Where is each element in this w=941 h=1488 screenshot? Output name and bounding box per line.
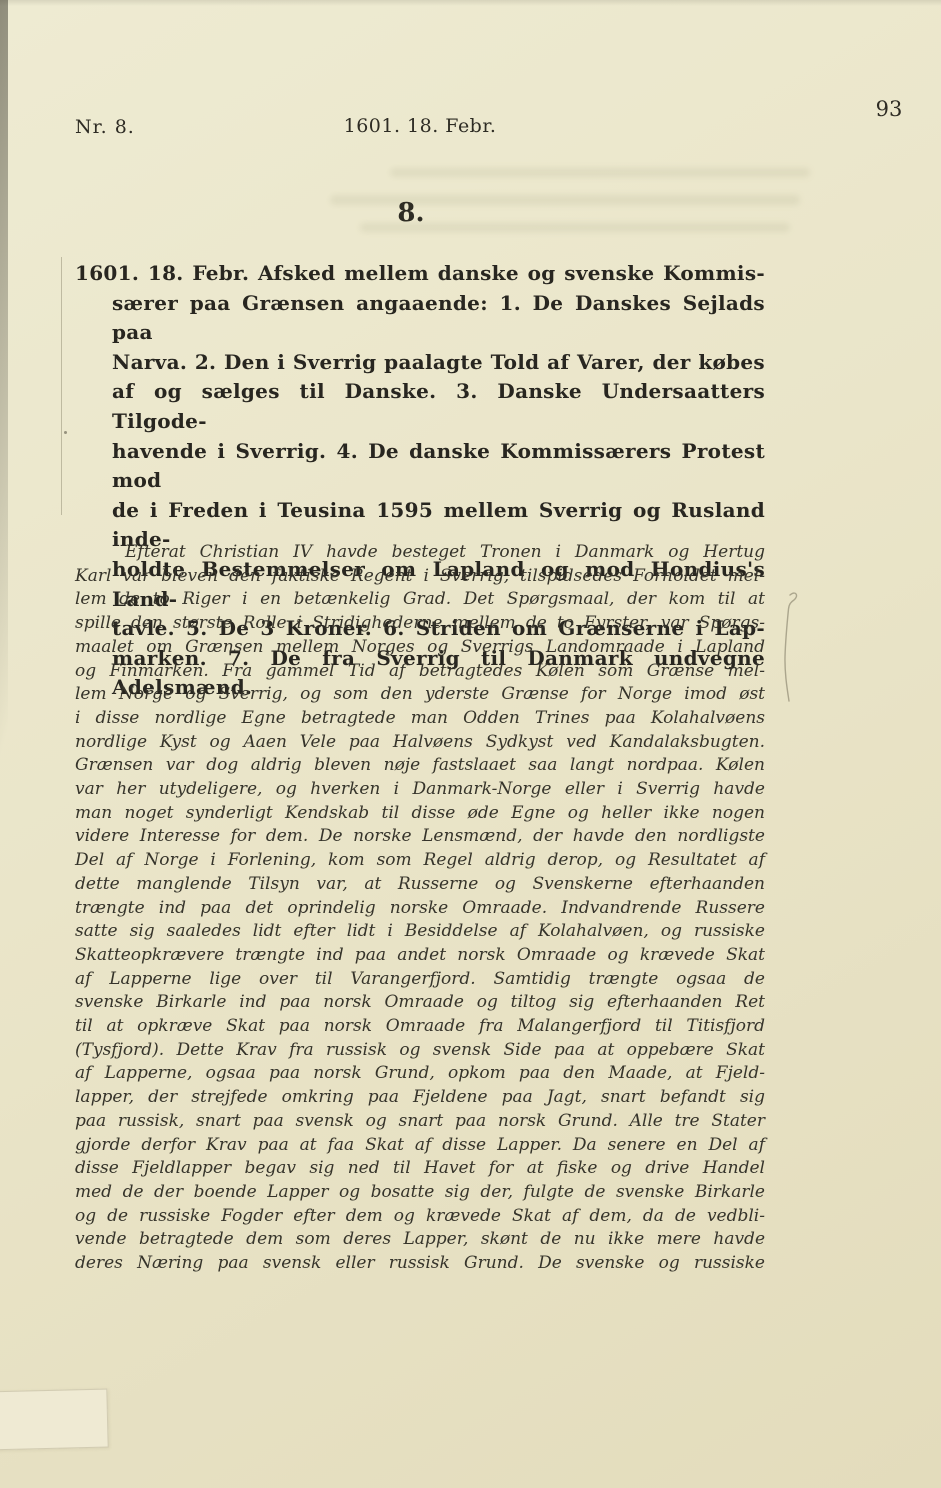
text-line: satte sig saaledes lidt efter lidt i Bes…	[75, 920, 765, 944]
text-line: til at opkræve Skat paa norsk Omraade fr…	[75, 1015, 765, 1039]
page-left-edge-shadow	[0, 0, 8, 863]
pencil-margin-stroke	[770, 583, 806, 711]
text-line: lem de to Riger i en betænkelig Grad. De…	[75, 588, 765, 612]
text-line: var her utydeligere, og hverken i Danmar…	[75, 778, 765, 802]
page-number: 93	[849, 97, 929, 121]
commentary-paragraph: Efterat Christian IV havde besteget Tron…	[75, 541, 765, 1276]
text-line: nordlige Kyst og Aaen Vele paa Halvøens …	[75, 731, 765, 755]
text-line: disse Fjeldlapper begav sig ned til Have…	[75, 1157, 765, 1181]
text-line: dette manglende Tilsyn var, at Russerne …	[75, 873, 765, 897]
running-head-date: 1601. 18. Febr.	[75, 115, 765, 137]
text-line: havende i Sverrig. 4. De danske Kommissæ…	[75, 437, 765, 496]
text-line: vende betragtede dem som deres Lapper, s…	[75, 1228, 765, 1252]
text-line: og Finmarken. Fra gammel Tid af betragte…	[75, 660, 765, 684]
ink-speck	[64, 431, 67, 434]
text-line: trængte ind paa det oprindelig norske Om…	[75, 897, 765, 921]
pencil-margin-line	[61, 257, 62, 515]
text-line: (Tysfjord). Dette Krav fra russisk og sv…	[75, 1039, 765, 1063]
text-line: særer paa Grænsen angaaende: 1. De Dansk…	[75, 289, 765, 348]
text-line: paa russisk, snart paa svensk og snart p…	[75, 1110, 765, 1134]
text-line: lem Norge og Sverrig, og som den yderste…	[75, 683, 765, 707]
text-line: af og sælges til Danske. 3. Danske Under…	[75, 377, 765, 436]
section-heading: 8.	[75, 198, 747, 228]
text-line: Del af Norge i Forlening, kom som Regel …	[75, 849, 765, 873]
text-line: Grænsen var dog aldrig bleven nøje fasts…	[75, 754, 765, 778]
text-line: 1601. 18. Febr. Afsked mellem danske og …	[75, 259, 765, 289]
text-line: Karl var bleven den faktiske Regent i Sv…	[75, 565, 765, 589]
tape-fragment	[0, 1389, 109, 1451]
text-line: man noget synderligt Kendskab til disse …	[75, 802, 765, 826]
text-line: lapper, der strejfede omkring paa Fjelde…	[75, 1086, 765, 1110]
text-line: med de der boende Lapper og bosatte sig …	[75, 1181, 765, 1205]
text-line: gjorde derfor Krav paa at faa Skat af di…	[75, 1134, 765, 1158]
text-line: Skatteopkrævere trængte ind paa andet no…	[75, 944, 765, 968]
book-page: { "colors": { "paper": "#e9e4c8", "ink":…	[0, 0, 941, 1488]
page-top-edge-shadow	[0, 0, 941, 6]
text-line: i disse nordlige Egne betragtede man Odd…	[75, 707, 765, 731]
text-line: deres Næring paa svensk eller russisk Gr…	[75, 1252, 765, 1276]
text-line: maalet om Grænsen mellem Norges og Sverr…	[75, 636, 765, 660]
text-line: Narva. 2. Den i Sverrig paalagte Told af…	[75, 348, 765, 378]
text-line: spille den største Rolle i Stridighedern…	[75, 612, 765, 636]
text-line: af Lapperne lige over til Varangerfjord.…	[75, 968, 765, 992]
text-line: svenske Birkarle ind paa norsk Omraade o…	[75, 991, 765, 1015]
text-line: af Lapperne, ogsaa paa norsk Grund, opko…	[75, 1062, 765, 1086]
text-line: Efterat Christian IV havde besteget Tron…	[75, 541, 765, 565]
text-line: videre Interesse for dem. De norske Lens…	[75, 825, 765, 849]
text-line: og de russiske Fogder efter dem og kræve…	[75, 1205, 765, 1229]
